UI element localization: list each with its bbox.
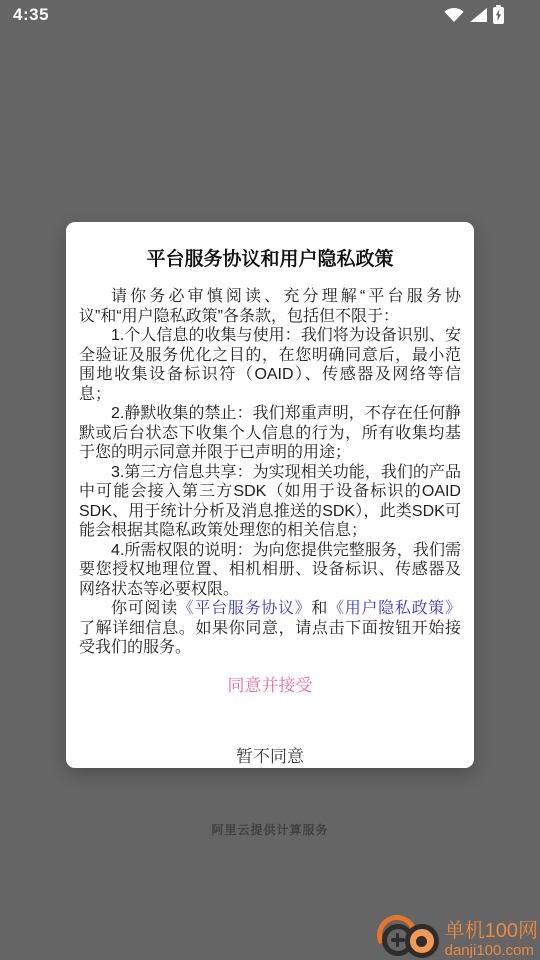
- watermark-site-domain: danji100.com: [445, 942, 538, 959]
- privacy-dialog: 平台服务协议和用户隐私政策 请你务必审慎阅读、充分理解“平台服务协议”和“用户隐…: [66, 222, 474, 768]
- app-screen: 4:35 平台服务协议和用户隐私政策 请你务必审慎阅读、充分理解“平台服务协议”…: [0, 0, 540, 960]
- policy-paragraph: 请你务必审慎阅读、充分理解“平台服务协议”和“用户隐私政策”各条款，包括但不限于…: [79, 287, 461, 326]
- agree-button[interactable]: 同意并接受: [79, 671, 461, 696]
- status-icons: [444, 7, 504, 24]
- privacy-policy-link[interactable]: 《用户隐私政策》: [328, 600, 461, 617]
- policy-paragraph: 4.所需权限的说明：为向您提供完整服务，我们需要您授权地理位置、相机相册、设备标…: [79, 541, 461, 600]
- policy-paragraph: 3.第三方信息共享：为实现相关功能，我们的产品中可能会接入第三方SDK（如用于设…: [79, 463, 461, 541]
- policy-paragraph: 1.个人信息的收集与使用：我们将为设备识别、安全验证及服务优化之目的，在您明确同…: [79, 326, 461, 404]
- status-bar: 4:35: [0, 0, 540, 30]
- site-watermark: 单机100网 danji100.com: [377, 914, 538, 960]
- watermark-site-name: 单机100网: [445, 921, 538, 942]
- joystick-button-icon: [405, 924, 439, 958]
- watermark-text: 单机100网 danji100.com: [445, 921, 538, 960]
- policy-paragraph: 你可阅读《平台服务协议》和《用户隐私政策》了解详细信息。如果你同意，请点击下面按…: [79, 599, 461, 658]
- provider-caption: 阿里云提供计算服务: [0, 821, 540, 838]
- clock-label: 4:35: [13, 5, 49, 25]
- battery-charging-icon: [493, 7, 504, 24]
- policy-paragraph: 2.静默收集的禁止：我们郑重声明，不存在任何静默或后台状态下收集个人信息的行为，…: [79, 404, 461, 463]
- wifi-icon: [444, 8, 464, 22]
- disagree-button[interactable]: 暂不同意: [79, 742, 461, 767]
- service-agreement-link[interactable]: 《平台服务协议》: [178, 600, 312, 617]
- cellular-signal-icon: [470, 8, 487, 22]
- dialog-title: 平台服务协议和用户隐私政策: [79, 248, 461, 272]
- game-controller-logo-icon: [377, 914, 443, 960]
- policy-text: 请你务必审慎阅读、充分理解“平台服务协议”和“用户隐私政策”各条款，包括但不限于…: [79, 287, 461, 658]
